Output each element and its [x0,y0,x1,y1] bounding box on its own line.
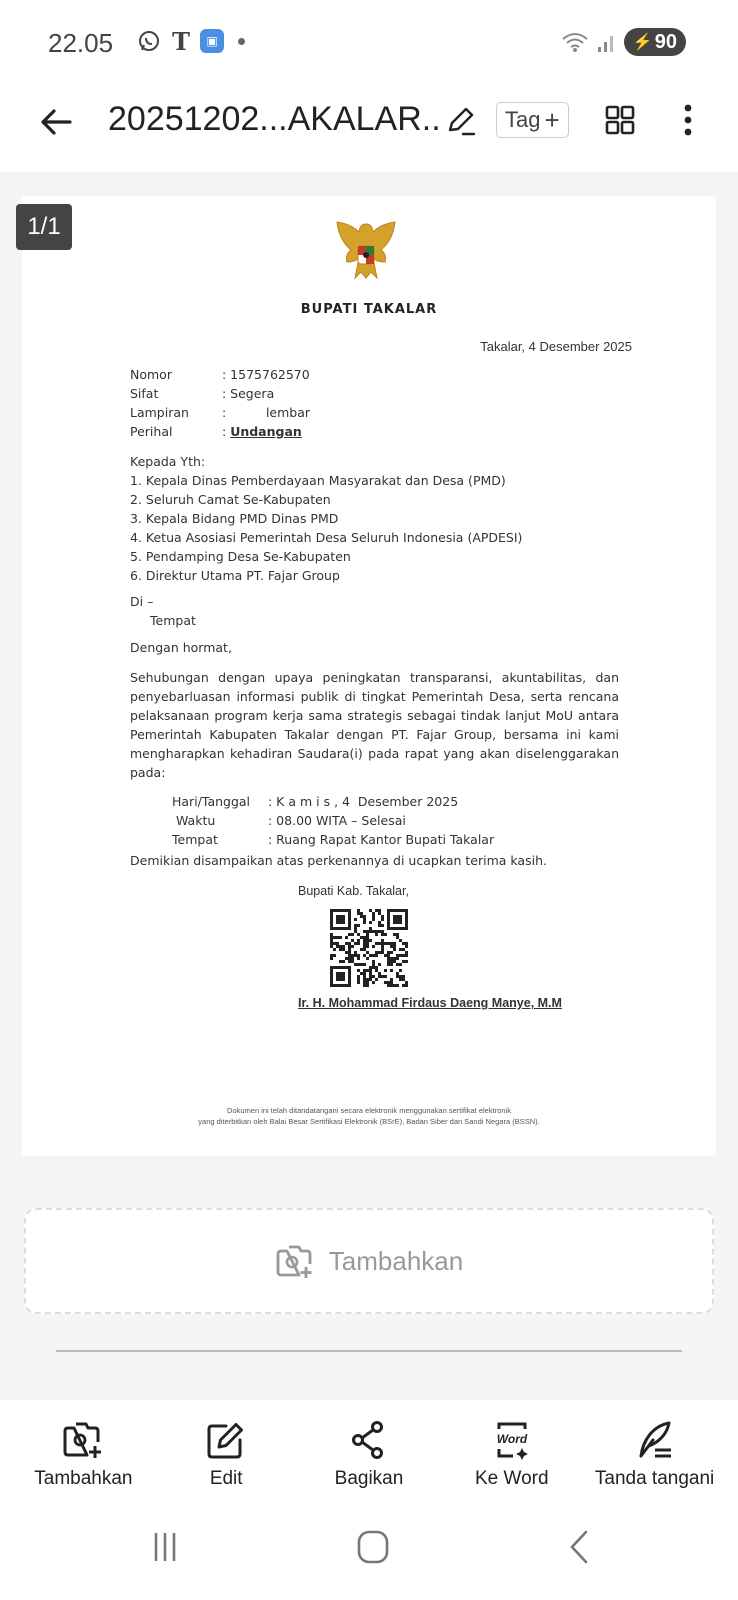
share-button[interactable]: Bagikan [304,1400,434,1500]
notification-icons: T ▣ [136,28,245,54]
arrow-left-icon [36,102,76,142]
document-title[interactable]: 20251202...AKALAR.. [108,100,441,139]
tool-label: Ke Word [475,1468,549,1490]
meta-row-sifat: Sifat : Segera [130,384,310,403]
letterhead: BUPATI TAKALAR [22,302,716,317]
camera-add-icon [61,1418,105,1462]
place-date: Takalar, 4 Desember 2025 [480,339,632,354]
wifi-icon [560,30,590,54]
grid-icon [604,104,636,136]
page-divider [56,1350,682,1352]
status-time: 22.05 [48,28,113,59]
closing-text: Demikian disampaikan atas perkenannya di… [130,853,547,868]
tool-label: Tambahkan [34,1468,132,1490]
qr-code-icon [330,909,408,987]
status-bar: 22.05 T ▣ ⚡ 90 [0,0,738,86]
esign-note: Dokumen ini telah ditandatangani secara … [22,1105,716,1127]
tag-label: Tag [505,107,540,133]
news-icon: T [168,28,194,54]
sign-button[interactable]: Tanda tangani [590,1400,720,1500]
schedule-row-place: Tempat : Ruang Rapat Kantor Bupati Takal… [172,830,494,849]
add-page-button[interactable]: Tambahkan [24,1208,714,1314]
back-button[interactable] [36,102,76,142]
more-options-button[interactable] [676,100,700,140]
add-tag-button[interactable]: Tag + [496,102,569,138]
recipient-item: 5. Pendamping Desa Se-Kabupaten [130,547,522,566]
letter-meta: Nomor : 1575762570 Sifat : Segera Lampir… [130,365,310,441]
more-notifications-dot [238,38,245,45]
app-bar: 20251202...AKALAR.. Tag + [0,86,738,172]
system-status: ⚡ 90 [560,28,686,56]
whatsapp-icon [136,28,162,54]
camera-add-icon [275,1242,315,1280]
recipient-item: 3. Kepala Bidang PMD Dinas PMD [130,509,522,528]
to-word-button[interactable]: Word Ke Word [447,1400,577,1500]
address-place: Di – Tempat [130,592,196,630]
meta-row-lampiran: Lampiran : lembar [130,403,310,422]
recipients: Kepada Yth: 1. Kepala Dinas Pemberdayaan… [130,452,522,585]
rename-button[interactable] [444,104,478,138]
recipient-item: 2. Seluruh Camat Se-Kabupaten [130,490,522,509]
recipient-item: 4. Ketua Asosiasi Pemerintah Desa Seluru… [130,528,522,547]
tool-label: Bagikan [335,1468,404,1490]
battery-level: 90 [655,31,677,54]
edit-icon [204,1418,248,1462]
battery-indicator: ⚡ 90 [624,28,686,56]
garuda-emblem-icon [324,218,408,290]
schedule-row-time: Waktu : 08.00 WITA – Selesai [172,811,494,830]
bottom-toolbar: Tambahkan Edit Bagikan Word Ke Word Tand… [0,1400,738,1500]
recipients-heading: Kepada Yth: [130,452,522,471]
recents-button[interactable] [140,1522,190,1572]
app-icon: ▣ [200,29,224,53]
meta-row-nomor: Nomor : 1575762570 [130,365,310,384]
home-button[interactable] [348,1522,398,1572]
meta-row-perihal: Perihal : Undangan [130,422,310,441]
charging-icon: ⚡ [633,32,653,52]
tool-label: Edit [210,1468,243,1490]
recipient-item: 6. Direktur Utama PT. Fajar Group [130,566,522,585]
plus-icon: + [544,105,559,136]
body-paragraph: Sehubungan dengan upaya peningkatan tran… [130,668,619,782]
more-vertical-icon [676,100,700,140]
signature-icon [633,1418,677,1462]
page-counter: 1/1 [16,204,72,250]
tool-label: Tanda tangani [595,1468,714,1490]
add-page-label: Tambahkan [329,1246,463,1277]
back-nav-button[interactable] [555,1522,605,1572]
chevron-left-icon [560,1527,600,1567]
pencil-icon [444,104,478,138]
home-icon [353,1527,393,1567]
meeting-schedule: Hari/Tanggal : K a m i s , 4 Desember 20… [172,792,494,849]
recipient-item: 1. Kepala Dinas Pemberdayaan Masyarakat … [130,471,522,490]
svg-text:Word: Word [497,1432,528,1446]
recents-icon [145,1527,185,1567]
signal-icon [596,30,618,54]
document-page[interactable]: BUPATI TAKALAR Takalar, 4 Desember 2025 … [22,196,716,1156]
signer-name: Ir. H. Mohammad Firdaus Daeng Manye, M.M [298,996,562,1010]
signatory-title: Bupati Kab. Takalar, [298,884,409,898]
word-convert-icon: Word [490,1418,534,1462]
edit-button[interactable]: Edit [161,1400,291,1500]
share-icon [347,1418,391,1462]
system-nav-bar [0,1500,738,1600]
page-grid-button[interactable] [604,104,636,136]
schedule-row-date: Hari/Tanggal : K a m i s , 4 Desember 20… [172,792,494,811]
salutation: Dengan hormat, [130,640,232,655]
add-button[interactable]: Tambahkan [18,1400,148,1500]
